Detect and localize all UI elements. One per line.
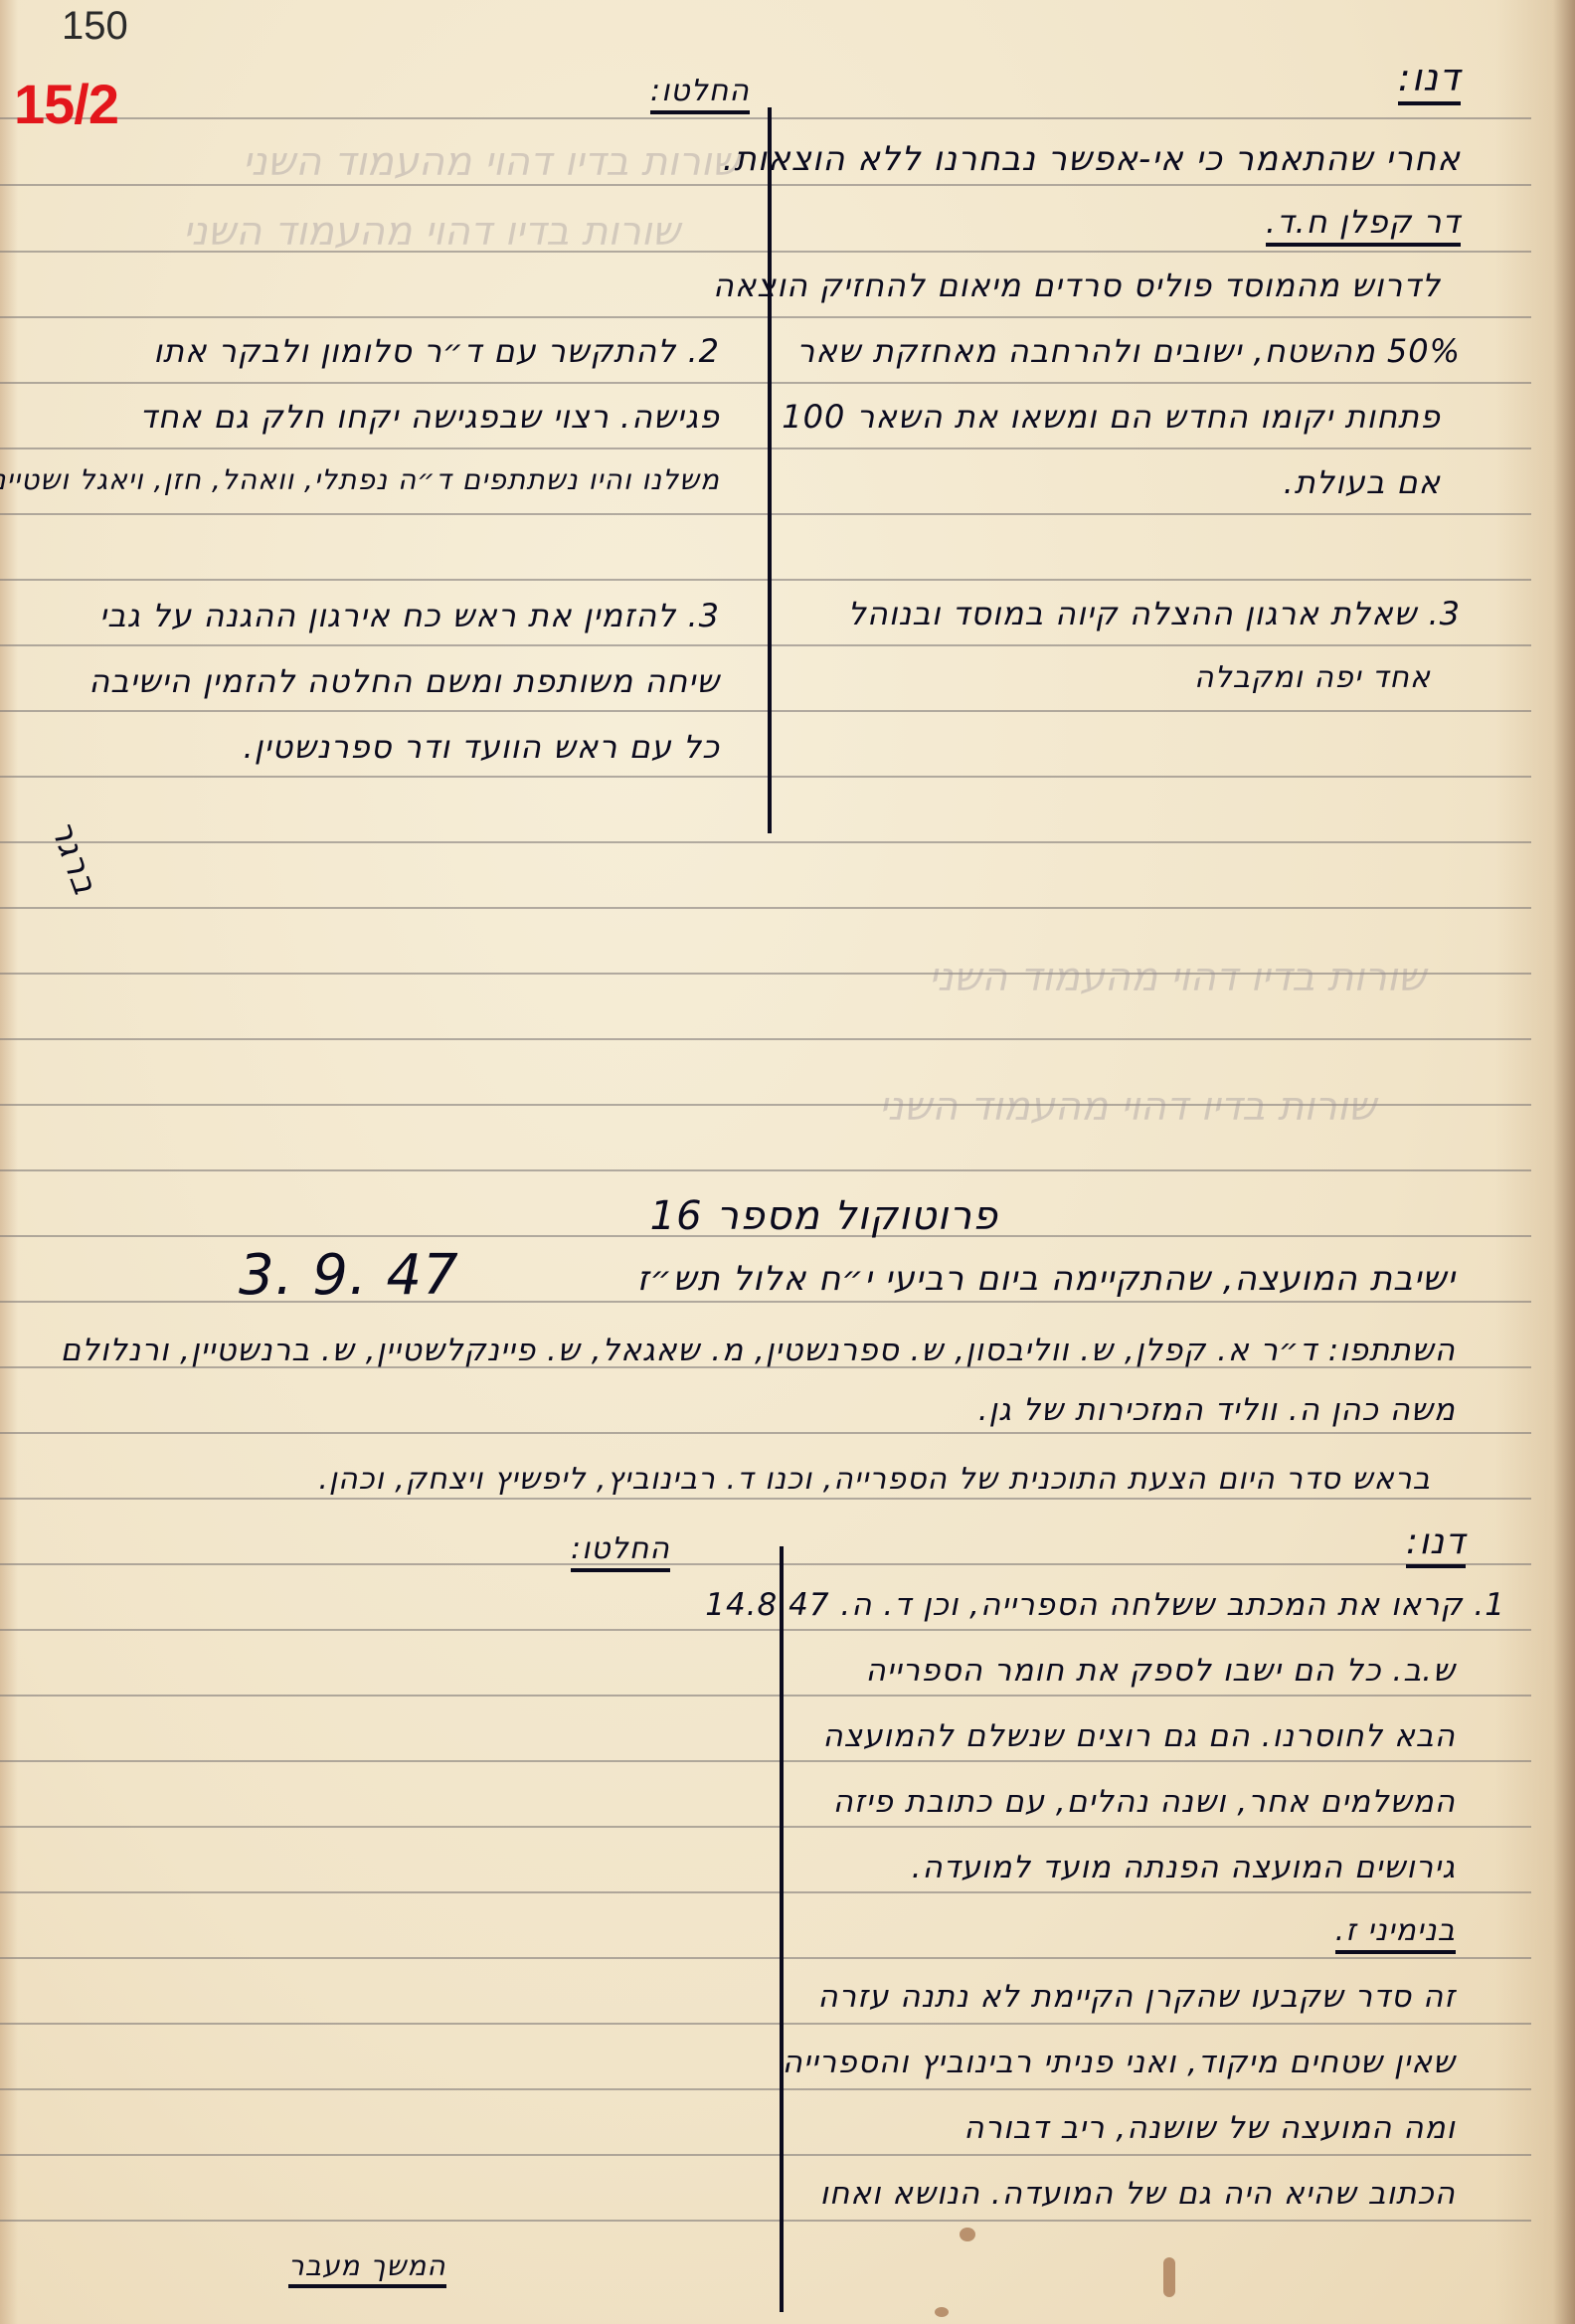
ink-stain [935, 2307, 949, 2317]
meeting-date: 3. 9. 47 [239, 1243, 459, 1308]
protocol-title: פרוטוקול מספר 16 [650, 1193, 998, 1239]
ink-stain [1163, 2257, 1175, 2297]
page-number: 150 [62, 4, 128, 49]
column-divider [780, 1546, 784, 2312]
ruled-line [0, 1891, 1531, 1893]
ruled-line [0, 579, 1531, 581]
speaker-name: בנימיני ז. [1335, 1913, 1456, 1954]
meeting-opening-line: ישיבת המועצה, שהתקיימה ביום רביעי י״ח אל… [637, 1259, 1456, 1299]
ruled-line [0, 316, 1531, 318]
ink-stain [960, 2228, 975, 2241]
discussion-item-1-line: גירושים המועצה הפנתה מועד למועדה. [912, 1850, 1456, 1885]
discussion-paragraph-line: פתחות יקומו החדש הם ומשאו את השאר 100 [782, 398, 1441, 436]
ruled-line [0, 644, 1531, 646]
agenda-line: בראש סדר היום הצעת התוכנית של הספרייה, ו… [318, 1462, 1431, 1497]
attendees-line: השתתפו: ד״ר א. קפלן, ש. ווליבסון, ש. ספר… [61, 1333, 1456, 1368]
ruled-line [0, 1432, 1531, 1434]
speaker-text-line: ומה המועצה של שושנה, ריב דבורה [963, 2110, 1456, 2146]
ruled-line [0, 2023, 1531, 2025]
decision-item-3-line: שיחה משותפת ומשם החלטה להזמין הישיבה [88, 662, 720, 700]
ruled-line [0, 1038, 1531, 1040]
ruled-line [0, 1957, 1531, 1959]
ruled-line [0, 513, 1531, 515]
ruled-line [0, 710, 1531, 712]
discussion-item-1-line: ש.ב. כל הם ישבו לספק את חומר הספרייה [866, 1653, 1456, 1689]
ruled-line [0, 1169, 1531, 1171]
discussion-header: דנו: [1406, 1521, 1466, 1568]
discussion-paragraph-line: אם בעולת. [1284, 463, 1441, 501]
bleedthrough-text: שורות בדיו דהוי מהעמוד השני [183, 209, 680, 255]
decision-item-3-line: 3. להזמין את ראש כח אירגון ההגנה על גבי [99, 597, 720, 634]
ruled-line [0, 1498, 1531, 1500]
speaker-text-line: שאין שטחים מיקוד, ואני פניתי רבינוביץ וה… [783, 2045, 1456, 2080]
ruled-line [0, 382, 1531, 384]
decisions-header: החלטו: [650, 74, 750, 114]
speaker-text-line: זה סדר שקבעו שהקרן הקיימת לא נתנה עזרה [817, 1979, 1456, 2015]
ruled-line [0, 1629, 1531, 1631]
ruled-line [0, 1563, 1531, 1565]
decision-item-2-line: משלנו והיו נשתתפים ד״ה נפתלי, וואהל, חזן… [0, 463, 720, 496]
decision-item-2-line: 2. להתקשר עם ד״ר סלומון ולבקר אתו [153, 332, 720, 370]
ruled-line [0, 2220, 1531, 2222]
ruled-line [0, 2088, 1531, 2090]
bleedthrough-text: שורות בדיו דהוי מהעמוד השני [879, 1084, 1376, 1130]
decision-item-3-line: כל עם ראש הוועד ודר ספרנשטין. [243, 728, 720, 766]
discussion-item-1-line: המשלמים אחר, ושנה נהלים, עם כתובת פיזה [833, 1784, 1456, 1820]
speaker-name: דר קפלן ח.ד. [1266, 203, 1461, 247]
discussion-paragraph-line: לדרוש מהמוסד פוליס סרדים מיאום להחזיק הו… [713, 267, 1441, 304]
discussion-line: אחרי שהתאמר כי אי-אפשר נבחרנו ללא הוצאות… [723, 139, 1461, 179]
discussion-header: דנו: [1398, 56, 1461, 105]
ruled-line [0, 841, 1531, 843]
bleedthrough-text: שורות בדיו דהוי מהעמוד השני [243, 139, 740, 185]
decision-item-2-line: פגישה. רצוי שבפגישה יקחו חלק גם אחד [139, 398, 720, 436]
ruled-line [0, 1301, 1531, 1303]
discussion-item-1-line: 1. קראו את המכתב ששלחה הספרייה, וכן ד. ה… [705, 1587, 1505, 1623]
ruled-line [0, 907, 1531, 909]
discussion-paragraph-line: 50% מהשטח, ישובים ולהרחבה מאחזקת שאר [796, 332, 1461, 370]
speaker-text-line: הכתוב שהיא היה גם של המועדה. הנושא ואחו [820, 2176, 1456, 2212]
ruled-line [0, 117, 1531, 119]
continued-overleaf-note: המשך מעבר [288, 2249, 446, 2288]
ruled-line [0, 184, 1531, 186]
discussion-item-3-line: 3. שאלת ארגון ההצלה קיוה במוסד ובנוהל [848, 595, 1461, 632]
column-divider [768, 107, 772, 833]
ruled-line [0, 1826, 1531, 1828]
ruled-line [0, 447, 1531, 449]
discussion-item-3-line: אחד יפה ומקבלה [1194, 660, 1431, 695]
archive-stamp: 15/2 [14, 72, 118, 136]
attendees-line: משה כהן ה. ווליד המזכירות של גן. [978, 1392, 1456, 1428]
scanned-notebook-page: שורות בדיו דהוי מהעמוד השני שורות בדיו ד… [0, 0, 1575, 2324]
ruled-line [0, 2154, 1531, 2156]
ruled-line [0, 776, 1531, 778]
bleedthrough-text: שורות בדיו דהוי מהעמוד השני [929, 955, 1426, 1000]
ruled-line [0, 1695, 1531, 1697]
decisions-header: החלטו: [571, 1531, 670, 1572]
ruled-line [0, 1760, 1531, 1762]
signature: ברגר [42, 815, 105, 900]
discussion-item-1-line: הבא לחוסרנו. הם גם רוצים שנשלם להמועצה [822, 1718, 1456, 1754]
